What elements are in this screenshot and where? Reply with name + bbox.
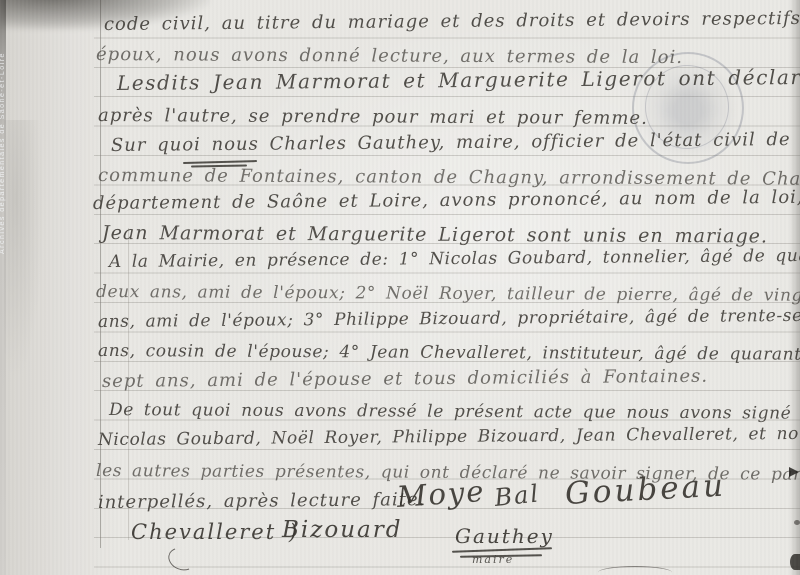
- handwriting-line: époux, nous avons donné lecture, aux ter…: [96, 44, 683, 68]
- signature-gauthey: Gauthey: [455, 524, 554, 548]
- flourish-stroke: [598, 566, 672, 575]
- handwriting-line: deux ans, ami de l'époux; 2° Noël Royer,…: [96, 282, 800, 306]
- ink-speck: [790, 554, 800, 570]
- handwriting-line: après l'autre, se prendre pour mari et p…: [98, 105, 648, 129]
- signature-1: Moye: [396, 474, 487, 514]
- handwriting-line: ans, cousin de l'épouse; 4° Jean Chevall…: [98, 341, 800, 365]
- handwriting-line: commune de Fontaines, canton de Chagny, …: [98, 165, 800, 190]
- signature-2: Bal: [493, 479, 541, 512]
- handwriting-line: interpellés, après lecture faite.: [98, 489, 426, 513]
- signature-bizouard: Bizouard: [282, 517, 402, 543]
- signature-chevalleret: Chevalleret ): [131, 520, 299, 544]
- scanned-register-page: Archives départementales de Saône-et-Loi…: [0, 0, 800, 575]
- paper-smudge: [4, 120, 44, 380]
- ink-speck: [794, 520, 800, 525]
- archive-watermark: Archives départementales de Saône-et-Loi…: [0, 14, 6, 254]
- signature-role-maire: maire: [472, 553, 514, 566]
- handwriting-line: Jean Marmorat et Marguerite Ligerot sont…: [102, 222, 768, 247]
- facing-page-ink-mark: [789, 467, 799, 477]
- handwriting-line: De tout quoi nous avons dressé le présen…: [109, 400, 800, 424]
